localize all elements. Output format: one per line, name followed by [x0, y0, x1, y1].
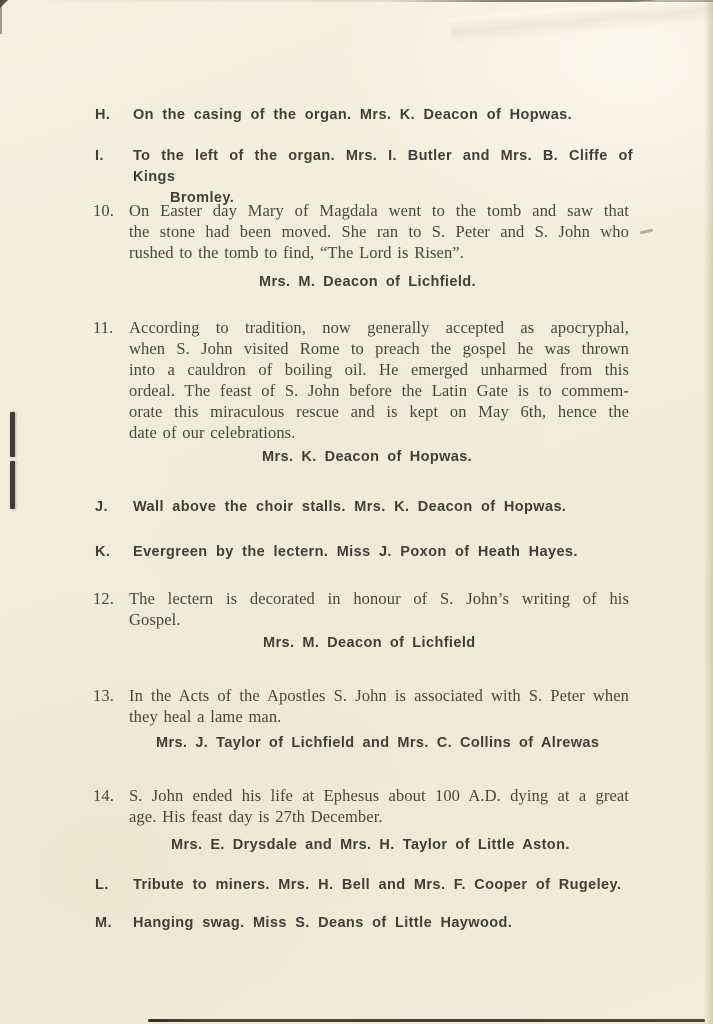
paper-crease — [449, 0, 713, 44]
list-item: M. Hanging swag. Miss S. Deans of Little… — [95, 913, 633, 934]
item-marker: 14. — [93, 785, 129, 827]
item-line: To the left of the organ. Mrs. I. Butler… — [133, 146, 633, 188]
item-line: when S. John visited Rome to preach the … — [129, 338, 629, 359]
list-item: H. On the casing of the organ. Mrs. K. D… — [95, 105, 633, 126]
item-marker: K. — [95, 542, 133, 563]
credit-line: Mrs. K. Deacon of Hopwas. — [262, 447, 472, 467]
credit-line: Mrs. M. Deacon of Lichfield. — [259, 272, 476, 292]
item-line: According to tradition, now generally ac… — [129, 317, 629, 338]
staple-mark — [10, 461, 15, 509]
credit-line: Mrs. E. Drysdale and Mrs. H. Taylor of L… — [171, 835, 570, 855]
credit-line: Mrs. J. Taylor of Lichfield and Mrs. C. … — [156, 733, 599, 753]
list-item: J. Wall above the choir stalls. Mrs. K. … — [95, 497, 633, 518]
item-line: into a cauldron of boiling oil. He emerg… — [129, 359, 629, 380]
item-line: orate this miraculous rescue and is kept… — [129, 401, 629, 422]
item-line: Gospel. — [129, 609, 629, 630]
item-line: The lectern is decorated in honour of S.… — [129, 588, 629, 609]
list-item: 13. In the Acts of the Apostles S. John … — [93, 685, 629, 727]
margin-pencil-mark — [640, 229, 653, 235]
item-line: On Easter day Mary of Magdala went to th… — [129, 200, 629, 221]
item-line: they heal a lame man. — [129, 706, 629, 727]
list-item: K. Evergreen by the lectern. Miss J. Pox… — [95, 542, 633, 563]
page-right-edge — [704, 0, 713, 1024]
staple-mark — [10, 412, 15, 457]
item-line: age. His feast day is 27th December. — [129, 806, 629, 827]
document-page: H. On the casing of the organ. Mrs. K. D… — [0, 0, 713, 1024]
list-item: L. Tribute to miners. Mrs. H. Bell and M… — [95, 875, 633, 896]
item-line: Wall above the choir stalls. Mrs. K. Dea… — [133, 497, 633, 518]
item-marker: M. — [95, 913, 133, 934]
item-line: Evergreen by the lectern. Miss J. Poxon … — [133, 542, 633, 563]
item-marker: 11. — [93, 317, 129, 443]
item-marker: J. — [95, 497, 133, 518]
item-line: rushed to the tomb to find, “The Lord is… — [129, 242, 629, 263]
list-item: 14. S. John ended his life at Ephesus ab… — [93, 785, 629, 827]
item-line: Hanging swag. Miss S. Deans of Little Ha… — [133, 913, 633, 934]
item-line: the stone had been moved. She ran to S. … — [129, 221, 629, 242]
item-line: Tribute to miners. Mrs. H. Bell and Mrs.… — [133, 875, 633, 896]
item-line: In the Acts of the Apostles S. John is a… — [129, 685, 629, 706]
item-marker: 12. — [93, 588, 129, 630]
item-line: ordeal. The feast of S. John before the … — [129, 380, 629, 401]
page-top-edge — [0, 0, 713, 2]
list-item: 12. The lectern is decorated in honour o… — [93, 588, 629, 630]
item-marker: 10. — [93, 200, 129, 263]
credit-line: Mrs. M. Deacon of Lichfield — [263, 633, 476, 653]
list-item: 10. On Easter day Mary of Magdala went t… — [93, 200, 629, 263]
item-line: S. John ended his life at Ephesus about … — [129, 785, 629, 806]
page-bottom-edge — [148, 1019, 705, 1022]
item-marker: H. — [95, 105, 133, 126]
item-marker: L. — [95, 875, 133, 896]
item-marker: 13. — [93, 685, 129, 727]
item-line: On the casing of the organ. Mrs. K. Deac… — [133, 105, 633, 126]
item-line: date of our celebrations. — [129, 422, 629, 443]
page-left-edge — [0, 0, 2, 34]
list-item: 11. According to tradition, now generall… — [93, 317, 629, 443]
